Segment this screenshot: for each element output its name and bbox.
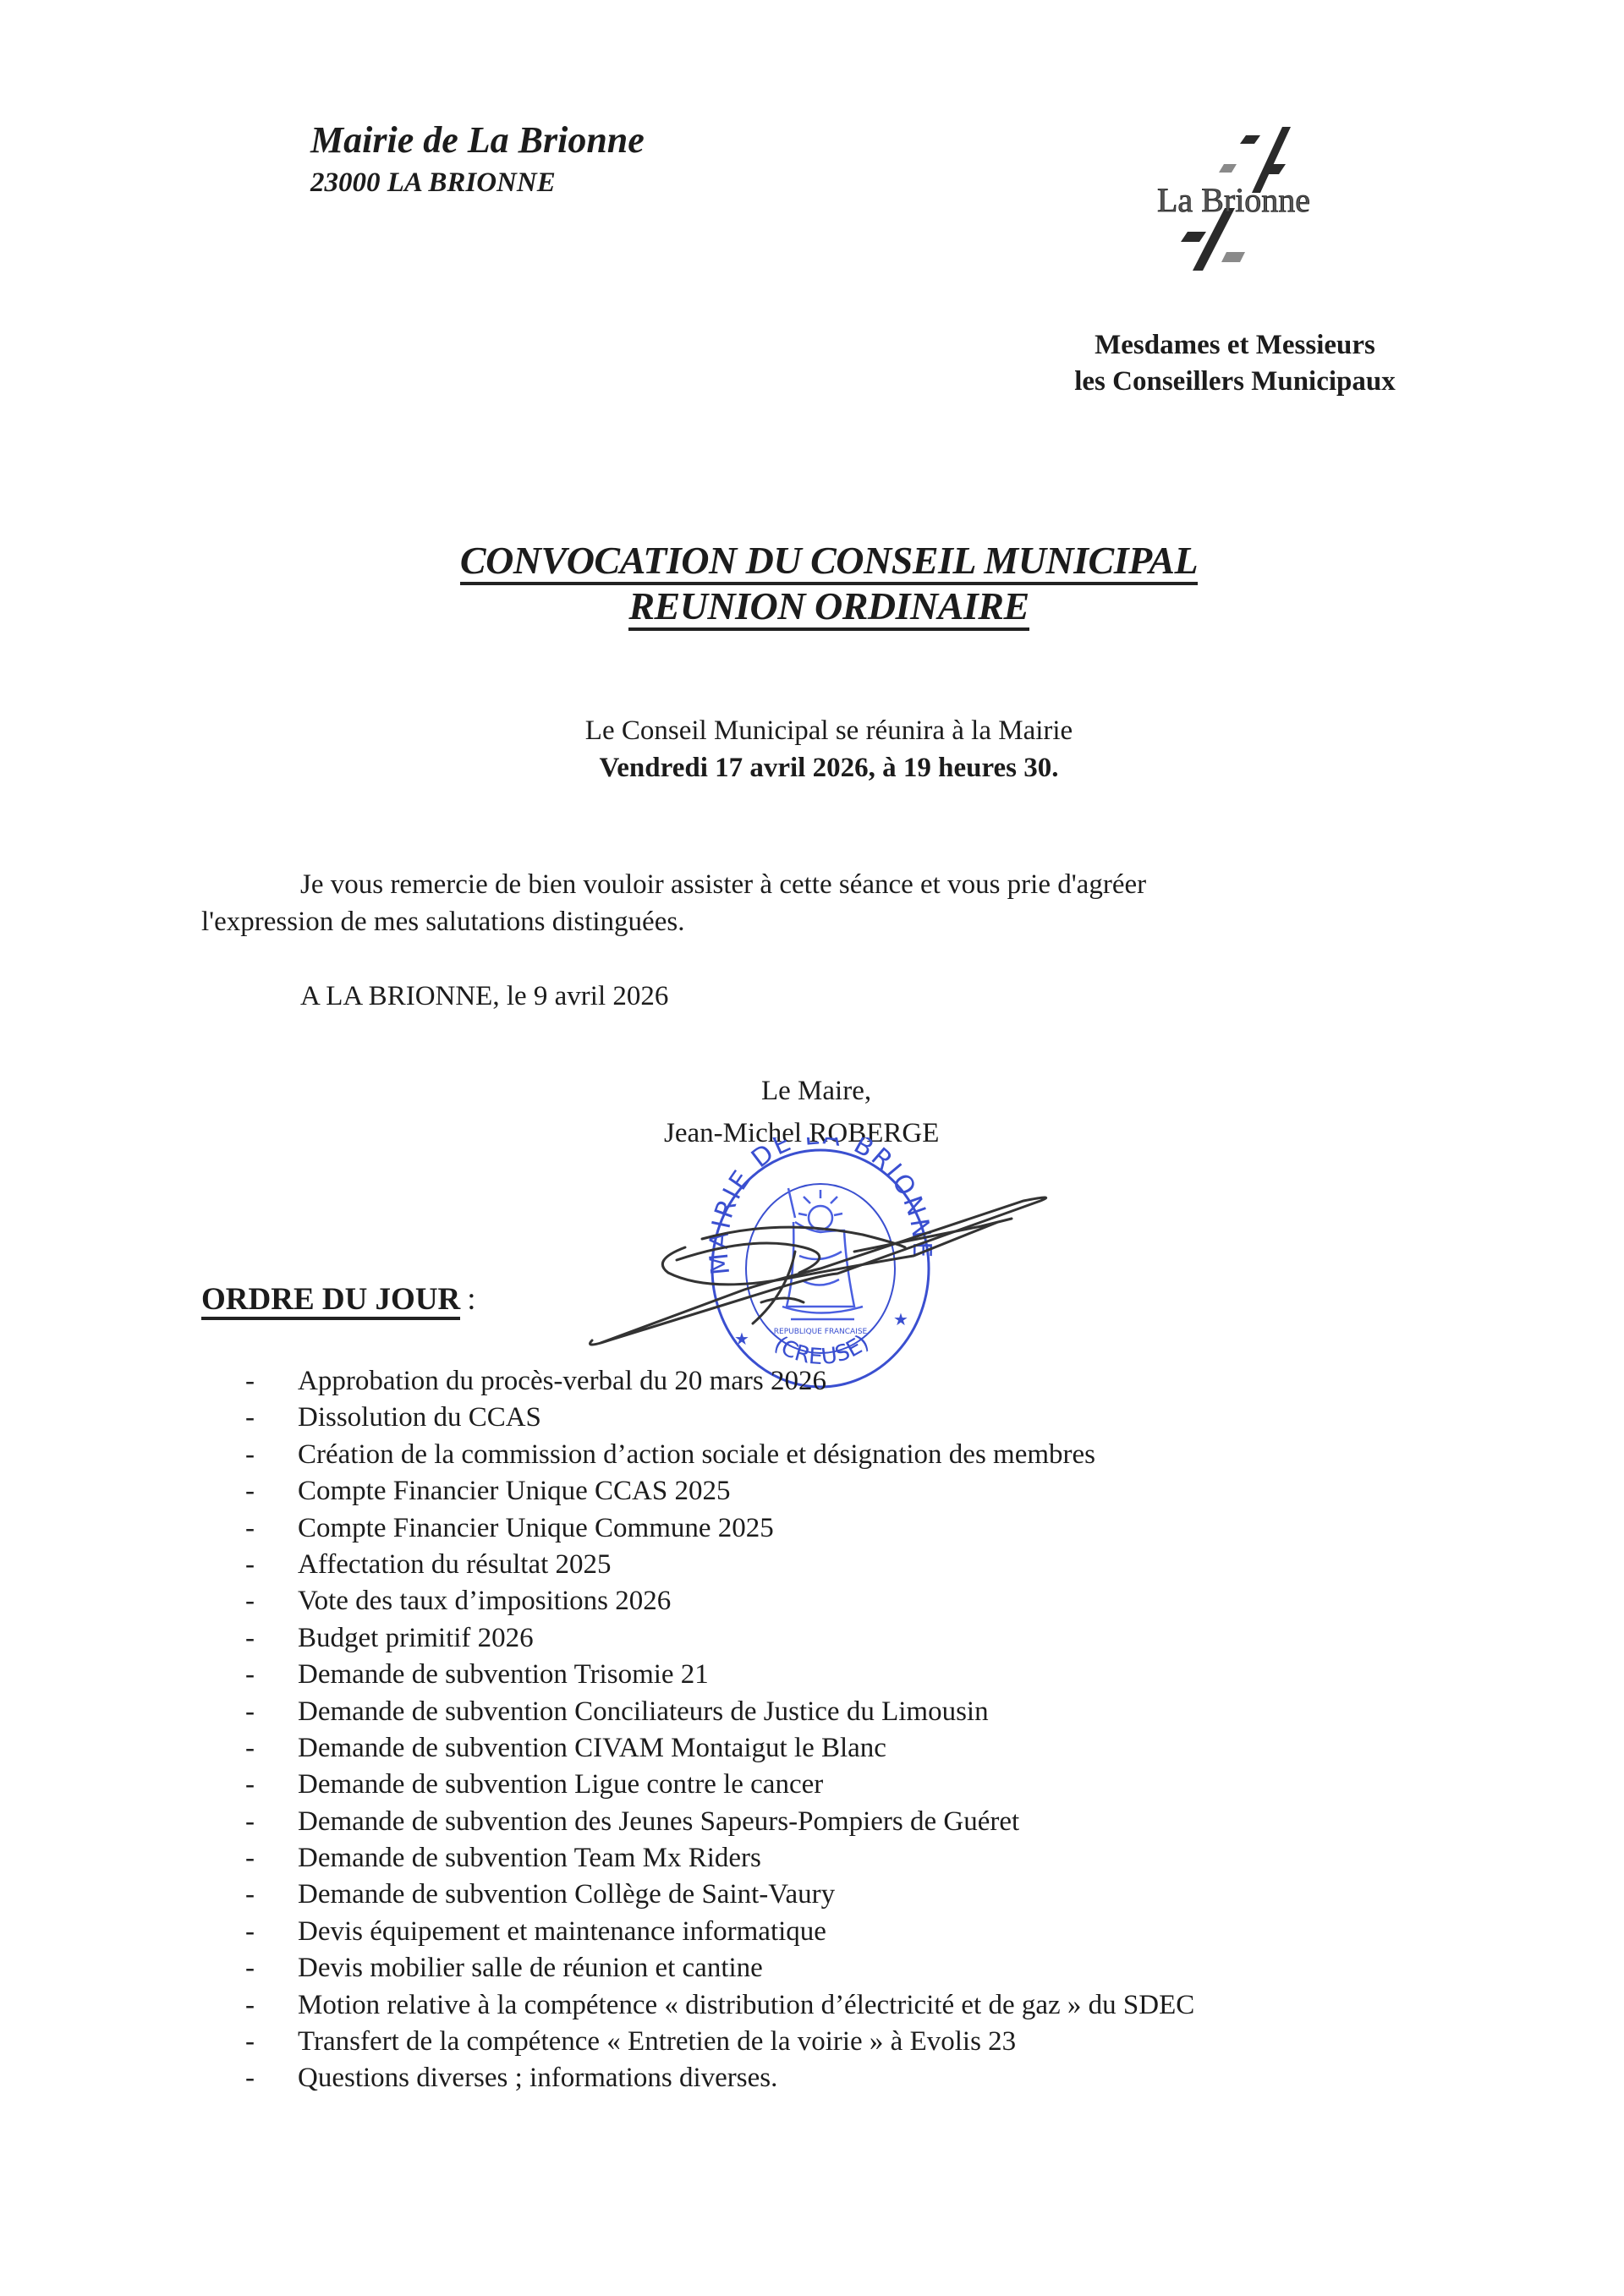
agenda-item-text: Budget primitif 2026 [298,1623,534,1653]
agenda-list: -Approbation du procès-verbal du 20 mars… [245,1363,1194,2097]
agenda-item-text: Devis équipement et maintenance informat… [298,1916,826,1947]
dash-bullet-icon: - [245,2060,255,2096]
dash-bullet-icon: - [245,1473,255,1510]
dash-bullet-icon: - [245,1547,255,1583]
agenda-item: -Demande de subvention Collège de Saint-… [245,1877,1194,1913]
title-line-1: CONVOCATION DU CONSEIL MUNICIPAL [460,539,1198,585]
agenda-item-text: Création de la commission d’action socia… [298,1439,1095,1470]
agenda-item: -Approbation du procès-verbal du 20 mars… [245,1363,1194,1400]
title-line-2: REUNION ORDINAIRE [628,584,1029,631]
sender-address: 23000 LA BRIONNE [310,167,556,199]
agenda-item-text: Affectation du résultat 2025 [298,1549,612,1580]
agenda-item-text: Demande de subvention Collège de Saint-V… [298,1879,835,1910]
dash-bullet-icon: - [245,1363,255,1400]
recipient-line-2: les Conseillers Municipaux [1015,366,1455,397]
body-paragraph-line-1: Je vous remercie de bien vouloir assiste… [300,869,1146,901]
agenda-item-text: Dissolution du CCAS [298,1402,541,1433]
body-paragraph-line-2: l'expression de mes salutations distingu… [201,907,684,938]
agenda-item: -Dissolution du CCAS [245,1400,1194,1436]
dash-bullet-icon: - [245,1804,255,1840]
agenda-item-text: Demande de subvention CIVAM Montaigut le… [298,1733,886,1763]
agenda-item-text: Devis mobilier salle de réunion et canti… [298,1953,763,1983]
dash-bullet-icon: - [245,1694,255,1730]
agenda-colon: : [467,1282,475,1317]
agenda-item: -Transfert de la compétence « Entretien … [245,2024,1194,2060]
dash-bullet-icon: - [245,1840,255,1877]
agenda-item-text: Compte Financier Unique Commune 2025 [298,1513,774,1543]
logo-slash-marks-icon: La Brionne [1125,110,1379,279]
agenda-item: -Demande de subvention Trisomie 21 [245,1657,1194,1693]
agenda-item: -Vote des taux d’impositions 2026 [245,1583,1194,1619]
agenda-item-text: Transfert de la compétence « Entretien d… [298,2026,1016,2057]
agenda-item: -Compte Financier Unique Commune 2025 [245,1510,1194,1547]
signature-scribble-icon [584,1167,1057,1370]
dash-bullet-icon: - [245,1877,255,1913]
agenda-title: ORDRE DU JOUR [201,1282,460,1320]
agenda-item-text: Compte Financier Unique CCAS 2025 [298,1476,730,1506]
agenda-item-text: Motion relative à la compétence « distri… [298,1990,1194,2020]
agenda-item-text: Demande de subvention Team Mx Riders [298,1843,761,1873]
signatory-title: Le Maire, [761,1076,871,1107]
agenda-item-text: Vote des taux d’impositions 2026 [298,1586,671,1616]
agenda-item: -Budget primitif 2026 [245,1620,1194,1657]
handwritten-signature [584,1167,1057,1370]
agenda-item-text: Demande de subvention Ligue contre le ca… [298,1769,823,1800]
dash-bullet-icon: - [245,1400,255,1436]
la-brionne-logo: La Brionne [1125,110,1379,279]
dash-bullet-icon: - [245,1620,255,1657]
agenda-item: -Demande de subvention des Jeunes Sapeur… [245,1804,1194,1840]
agenda-item-text: Approbation du procès-verbal du 20 mars … [298,1366,826,1396]
sender-name: Mairie de La Brionne [310,118,645,162]
agenda-item-text: Demande de subvention Conciliateurs de J… [298,1696,989,1727]
meeting-location: Le Conseil Municipal se réunira à la Mai… [0,715,1624,747]
agenda-heading: ORDRE DU JOUR: [201,1281,476,1318]
recipient-line-1: Mesdames et Messieurs [1015,330,1455,361]
agenda-item: -Affectation du résultat 2025 [245,1547,1194,1583]
dash-bullet-icon: - [245,1437,255,1473]
agenda-item: -Devis équipement et maintenance informa… [245,1914,1194,1950]
agenda-item: -Demande de subvention Team Mx Riders [245,1840,1194,1877]
dash-bullet-icon: - [245,1730,255,1767]
agenda-item: -Devis mobilier salle de réunion et cant… [245,1950,1194,1986]
document-subtitle: REUNION ORDINAIRE [0,584,1624,628]
agenda-item: -Questions diverses ; informations diver… [245,2060,1194,2096]
dash-bullet-icon: - [245,1987,255,2024]
agenda-item-text: Demande de subvention des Jeunes Sapeurs… [298,1806,1019,1837]
agenda-item: -Motion relative à la compétence « distr… [245,1987,1194,2024]
agenda-item: -Demande de subvention CIVAM Montaigut l… [245,1730,1194,1767]
dash-bullet-icon: - [245,1510,255,1547]
meeting-datetime: Vendredi 17 avril 2026, à 19 heures 30. [0,753,1624,784]
agenda-item: -Compte Financier Unique CCAS 2025 [245,1473,1194,1510]
dash-bullet-icon: - [245,2024,255,2060]
agenda-item: -Demande de subvention Ligue contre le c… [245,1767,1194,1803]
place-and-date: A LA BRIONNE, le 9 avril 2026 [300,981,668,1012]
dash-bullet-icon: - [245,1950,255,1986]
svg-text:La Brionne: La Brionne [1157,181,1310,219]
dash-bullet-icon: - [245,1767,255,1803]
agenda-item-text: Demande de subvention Trisomie 21 [298,1659,709,1690]
agenda-item: -Demande de subvention Conciliateurs de … [245,1694,1194,1730]
dash-bullet-icon: - [245,1657,255,1693]
agenda-item-text: Questions diverses ; informations divers… [298,2063,777,2093]
document-title: CONVOCATION DU CONSEIL MUNICIPAL [0,538,1624,583]
agenda-item: -Création de la commission d’action soci… [245,1437,1194,1473]
dash-bullet-icon: - [245,1583,255,1619]
dash-bullet-icon: - [245,1914,255,1950]
